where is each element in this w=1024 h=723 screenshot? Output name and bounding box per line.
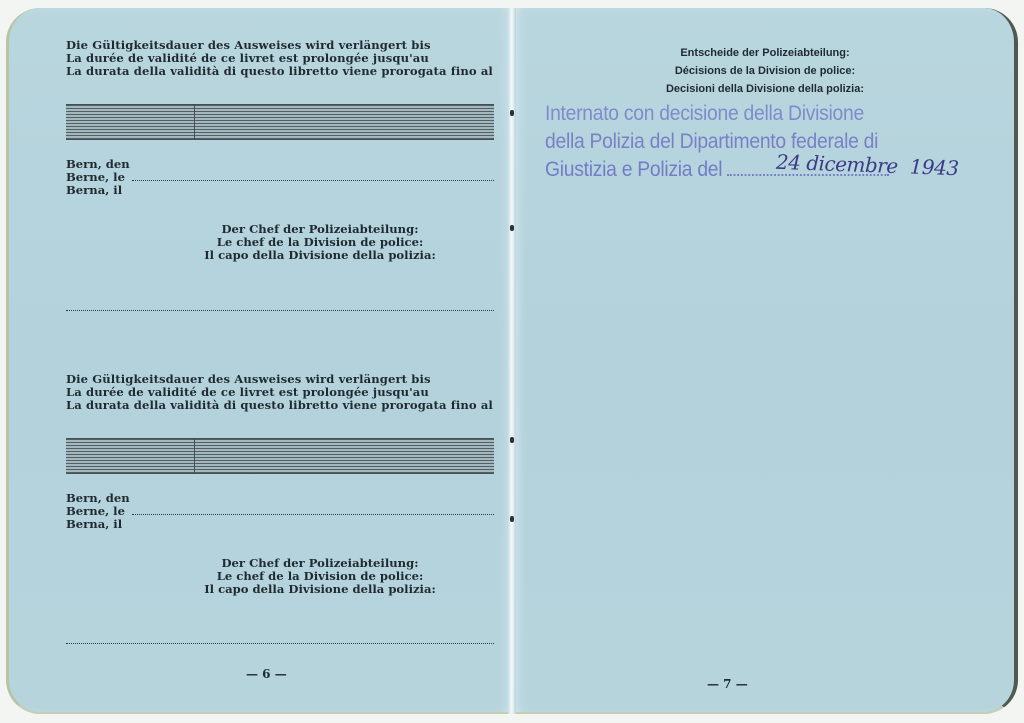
heading-line-fr: Décisions de la Division de police:: [520, 62, 1010, 80]
chief-signature-caption-2: Der Chef der Polizeiabteilung: Le chef d…: [66, 557, 494, 596]
validity-extension-text-1: Die Gültigkeitsdauer des Ausweises wird …: [66, 39, 494, 78]
place-date-field-2: Bern, den Berne, le Berna, il: [66, 492, 494, 531]
chief-line-it: Il capo della Divisione della polizia:: [66, 249, 494, 262]
validity-line-it: La durata della validità di questo libre…: [66, 65, 494, 78]
heading-line-it: Decisioni della Divisione della polizia:: [520, 80, 1010, 98]
place-line-fr-row: Berne, le: [66, 505, 494, 518]
chief-line-it: Il capo della Divisione della polizia:: [66, 583, 494, 596]
place-line-fr-row: Berne, le: [66, 171, 494, 184]
place-line-de: Bern, den: [66, 158, 494, 171]
place-line-it: Berna, il: [66, 518, 494, 531]
handwritten-day-month: 24 dicembre: [776, 150, 898, 178]
cancelled-date-field-1: [66, 104, 494, 140]
place-line-de: Bern, den: [66, 492, 494, 505]
stamp-line-2: della Polizia del Dipartimento federale …: [545, 128, 977, 156]
staple: [510, 225, 514, 231]
place-line-fr: Berne, le: [66, 504, 125, 518]
staple: [510, 437, 514, 443]
place-line-it: Berna, il: [66, 184, 494, 197]
booklet-spread: Die Gültigkeitsdauer des Ausweises wird …: [0, 0, 1024, 723]
handwritten-year: 1943: [909, 154, 959, 180]
signature-line-1: [66, 310, 494, 311]
validity-extension-text-2: Die Gültigkeitsdauer des Ausweises wird …: [66, 373, 494, 412]
chief-signature-caption-1: Der Chef der Polizeiabteilung: Le chef d…: [66, 223, 494, 262]
validity-line-it: La durata della validità di questo libre…: [66, 399, 494, 412]
date-dotted-line: [132, 180, 494, 181]
stamp-line-3-text: Giustizia e Polizia del: [545, 158, 722, 181]
staple: [510, 110, 514, 116]
place-date-field-1: Bern, den Berne, le Berna, il: [66, 158, 494, 197]
stamp-line-1: Internato con decisione della Divisione: [545, 100, 977, 128]
page-number-right: — 7 —: [707, 677, 748, 691]
date-dotted-line: [132, 514, 494, 515]
signature-line-2: [66, 643, 494, 644]
heading-line-de: Entscheide der Polizeiabteilung:: [520, 44, 1010, 62]
place-line-fr: Berne, le: [66, 170, 125, 184]
cancelled-date-field-2: [66, 438, 494, 474]
police-decisions-heading: Entscheide der Polizeiabteilung: Décisio…: [520, 44, 1010, 98]
page-number-left: — 6 —: [246, 667, 287, 681]
staple: [510, 516, 514, 522]
